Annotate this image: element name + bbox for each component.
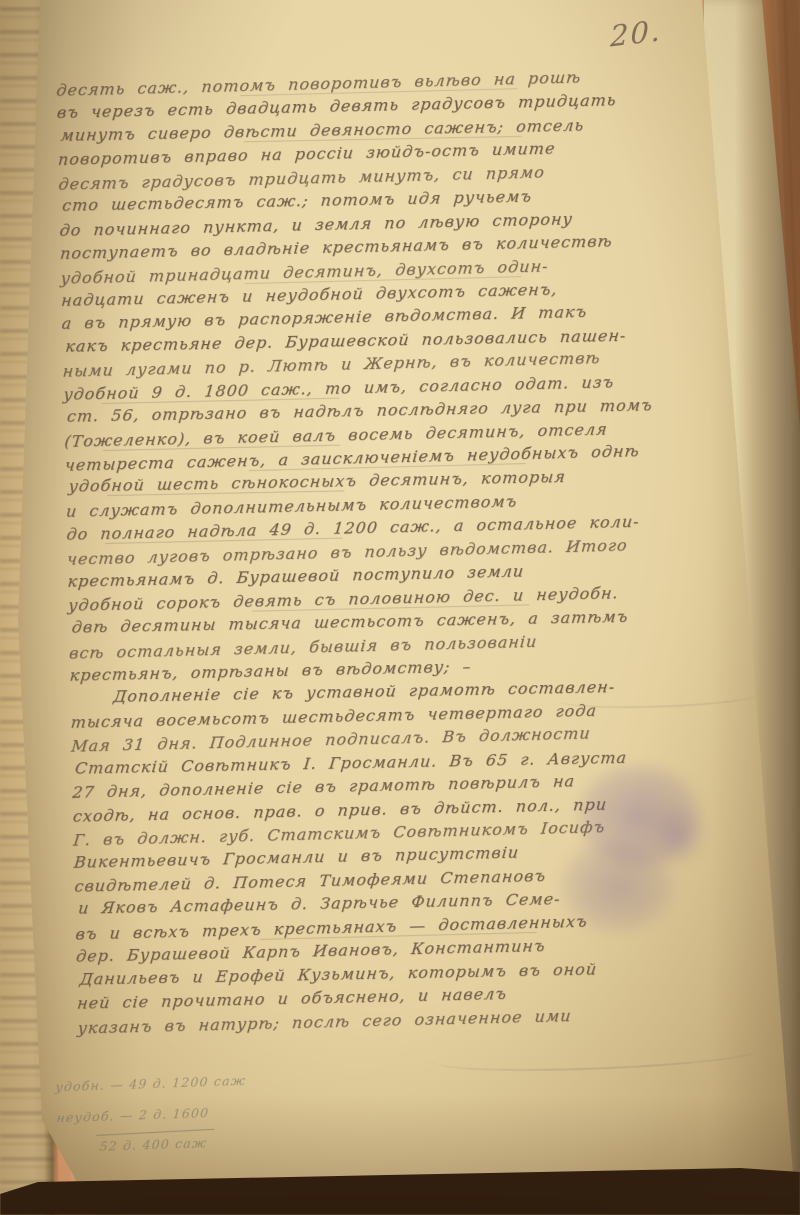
manuscript-photo: 20. десять саж., потомъ поворотивъ вьлѣв… <box>0 0 800 1215</box>
pen-flourish <box>432 1036 763 1076</box>
manuscript-page: 20. десять саж., потомъ поворотивъ вьлѣв… <box>0 0 800 1215</box>
handwritten-text-block: десять саж., потомъ поворотивъ вьлѣво на… <box>56 65 738 1041</box>
page-number: 20. <box>610 13 662 54</box>
pencil-calculation: удобн. — 49 д. 1200 саж неудоб. — 2 д. 1… <box>54 1073 248 1172</box>
pencil-line-total: 52 д. 400 саж <box>98 1134 249 1170</box>
